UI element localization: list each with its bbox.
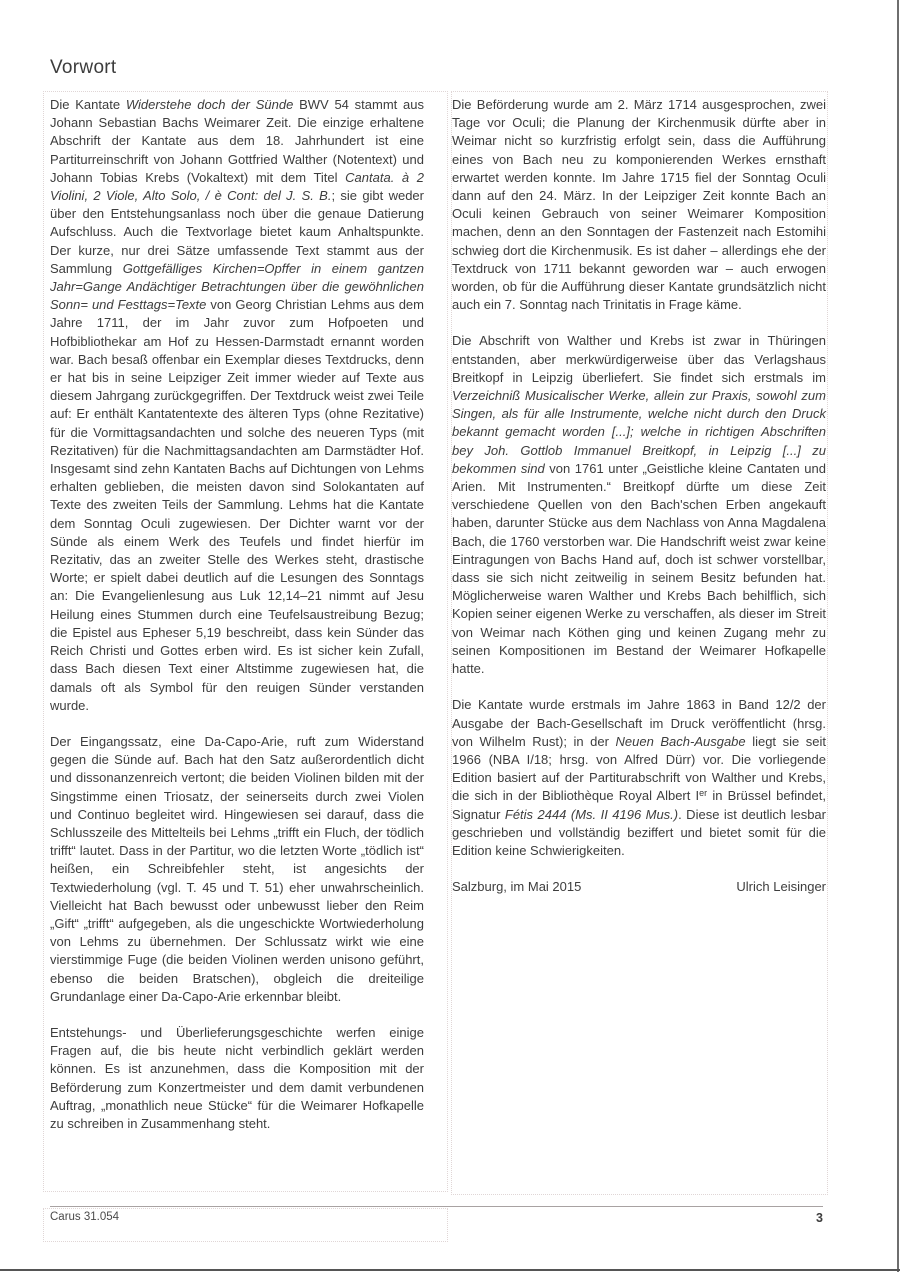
paragraph-genesis: Entstehungs- und Überlieferungsgeschicht… xyxy=(50,1024,424,1133)
paragraph-promotion: Die Beförderung wurde am 2. März 1714 au… xyxy=(452,96,826,314)
paragraph-movements: Der Eingangssatz, eine Da-Capo-Arie, ruf… xyxy=(50,733,424,1006)
signature-place-date: Salzburg, im Mai 2015 xyxy=(452,878,581,896)
text-columns: Die Kantate Widerstehe doch der Sünde BW… xyxy=(50,96,826,1151)
page-footer: Carus 31.054 3 xyxy=(50,1206,823,1225)
signature-author: Ulrich Leisinger xyxy=(736,878,826,896)
footer-edition-number: Carus 31.054 xyxy=(50,1211,119,1223)
footer-page-number: 3 xyxy=(816,1211,823,1225)
paragraph-intro: Die Kantate Widerstehe doch der Sünde BW… xyxy=(50,96,424,715)
page-title: Vorwort xyxy=(50,57,117,79)
scan-edge-right xyxy=(897,0,899,1272)
column-left: Die Kantate Widerstehe doch der Sünde BW… xyxy=(50,96,424,1151)
column-right: Die Beförderung wurde am 2. März 1714 au… xyxy=(452,96,826,1151)
paragraph-editions: Die Kantate wurde erstmals im Jahre 1863… xyxy=(452,696,826,860)
signature-line: Salzburg, im Mai 2015 Ulrich Leisinger xyxy=(452,878,826,896)
paragraph-transmission: Die Abschrift von Walther und Krebs ist … xyxy=(452,332,826,678)
scan-edge-bottom xyxy=(0,1269,900,1271)
